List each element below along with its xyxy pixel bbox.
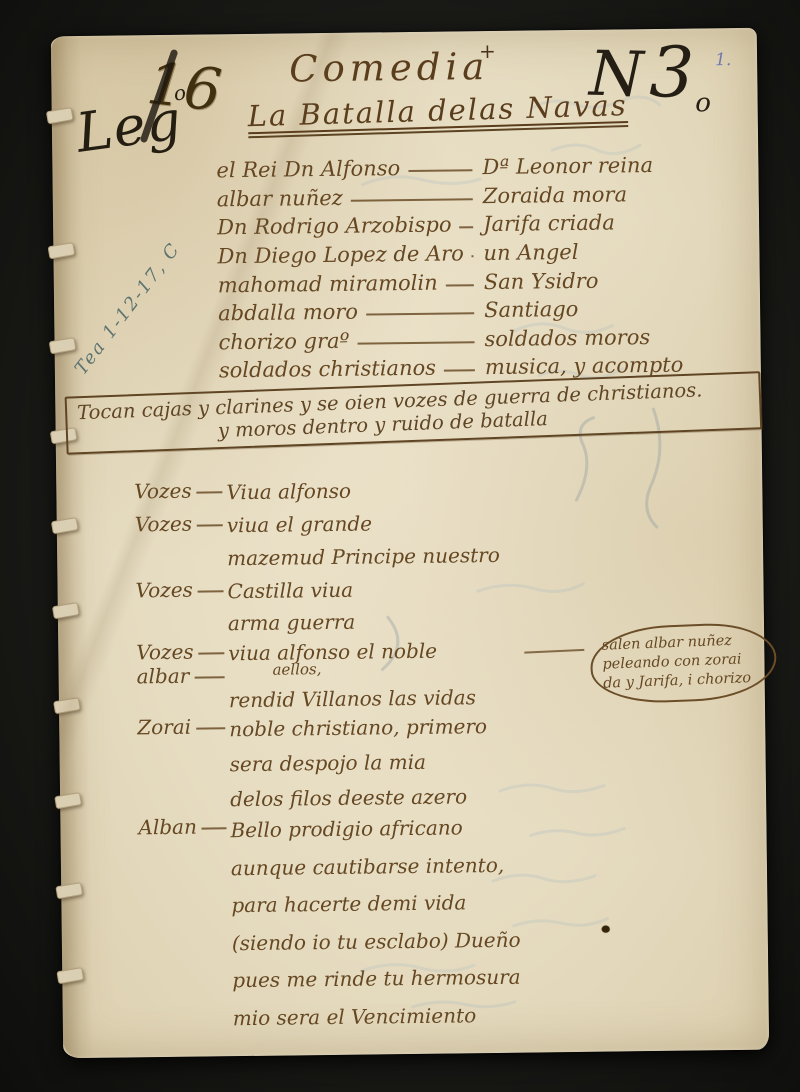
connector-dash bbox=[357, 341, 474, 344]
speaker-label: Zorai bbox=[137, 712, 230, 818]
verse-line: pues me rinde tu hermosura bbox=[232, 956, 700, 999]
speaker-dash bbox=[197, 491, 223, 493]
number-mark-ordinal: o bbox=[695, 88, 711, 118]
binding-stitch bbox=[47, 242, 75, 259]
speaker-label: Vozes bbox=[134, 476, 226, 510]
folio-number: 1. bbox=[715, 50, 731, 70]
cast-character: mahomad miramolin bbox=[218, 270, 438, 297]
binding-stitch bbox=[55, 882, 83, 899]
cast-character: soldados christianos bbox=[219, 356, 436, 383]
cast-role: Santiago bbox=[484, 296, 700, 323]
connector-dash bbox=[408, 170, 472, 173]
speaker-dash bbox=[194, 676, 224, 678]
page-title: Comedia bbox=[289, 45, 490, 90]
manuscript-page: Lego 16 + Comedia La Batalla delas Navas… bbox=[51, 28, 769, 1059]
connector-dash bbox=[446, 284, 474, 286]
binding-edge bbox=[51, 36, 93, 1058]
cast-character: albar nuñez bbox=[217, 186, 343, 212]
play-title: La Batalla delas Navas bbox=[247, 88, 628, 138]
speaker-label: Vozes bbox=[135, 575, 228, 640]
cast-role: Dª Leonor reina bbox=[482, 153, 698, 180]
ink-blot bbox=[602, 926, 610, 933]
cast-character: Dn Diego Lopez de Aro bbox=[217, 241, 464, 268]
connector-dash bbox=[366, 312, 474, 315]
shelfmark-note: Tea 1-12-17, C bbox=[71, 239, 185, 379]
binding-stitch bbox=[56, 967, 84, 984]
speaker-label: Alban bbox=[138, 812, 233, 1038]
speaker-dash bbox=[196, 727, 225, 729]
dialogue-block: Vozes Viua alfonso Vozes viua el grande … bbox=[134, 471, 701, 1039]
cast-character: el Rei Dn Alfonso bbox=[216, 156, 400, 182]
speaker-dash bbox=[202, 827, 227, 829]
dialogue-entry: Alban Bello prodigio africano aunque cau… bbox=[138, 806, 701, 1038]
dialogue-entry: Vozes Castilla viua arma guerra bbox=[135, 570, 696, 641]
cast-list: el Rei Dn AlfonsoDª Leonor reina albar n… bbox=[216, 150, 701, 385]
binding-stitch bbox=[49, 337, 77, 354]
dialogue-entry: Vozes viua el grande mazemud Principe nu… bbox=[135, 504, 696, 577]
connector-dash bbox=[351, 198, 473, 201]
number-mark: N3o bbox=[588, 30, 710, 115]
cast-role: San Ysidro bbox=[484, 267, 700, 294]
speaker-label: Vozes bbox=[135, 509, 228, 576]
cast-character: chorizo graº bbox=[218, 329, 349, 355]
cast-character: Dn Rodrigo Arzobispo bbox=[217, 213, 452, 240]
cast-role: un Angel bbox=[483, 239, 699, 266]
stage-direction-box: Tocan cajas y clarines y se oien vozes d… bbox=[65, 371, 763, 454]
number-mark-digit: 3 bbox=[649, 31, 695, 114]
cast-role: Jarifa criada bbox=[483, 210, 699, 237]
verse-line: mio sera el Vencimiento bbox=[233, 994, 701, 1037]
binding-stitch bbox=[54, 792, 82, 809]
connector-dash bbox=[444, 370, 475, 372]
verse-line: (siendo io tu esclabo) Dueño bbox=[232, 919, 700, 962]
photo-backdrop: Lego 16 + Comedia La Batalla delas Navas… bbox=[0, 0, 800, 1092]
connector-dash bbox=[460, 227, 474, 229]
verse-line: para hacerte demi vida bbox=[231, 881, 699, 924]
speaker-dash bbox=[197, 524, 223, 526]
binding-stitch bbox=[51, 517, 79, 534]
connector-dash bbox=[472, 255, 474, 257]
speaker-dash bbox=[198, 590, 224, 592]
binding-stitch bbox=[46, 107, 74, 124]
cast-character: abdalla moro bbox=[218, 300, 358, 326]
verse-line: Bello prodigio africano bbox=[230, 806, 698, 849]
speaker-label: albar bbox=[136, 661, 229, 716]
verse-line: aunque cautibarse intento, bbox=[231, 844, 699, 887]
verse-line: noble christiano, primero bbox=[229, 707, 697, 748]
binding-stitch bbox=[52, 602, 80, 619]
binding-stitch bbox=[53, 697, 81, 714]
dialogue-entry: Zorai noble christiano, primero sera des… bbox=[137, 707, 698, 819]
cast-role: Zoraida mora bbox=[483, 181, 699, 208]
cast-role: soldados moros bbox=[484, 324, 700, 351]
number-mark-letter: N bbox=[588, 37, 644, 111]
verse-line: sera despojo la mia bbox=[229, 742, 697, 783]
speaker-dash bbox=[199, 652, 225, 654]
